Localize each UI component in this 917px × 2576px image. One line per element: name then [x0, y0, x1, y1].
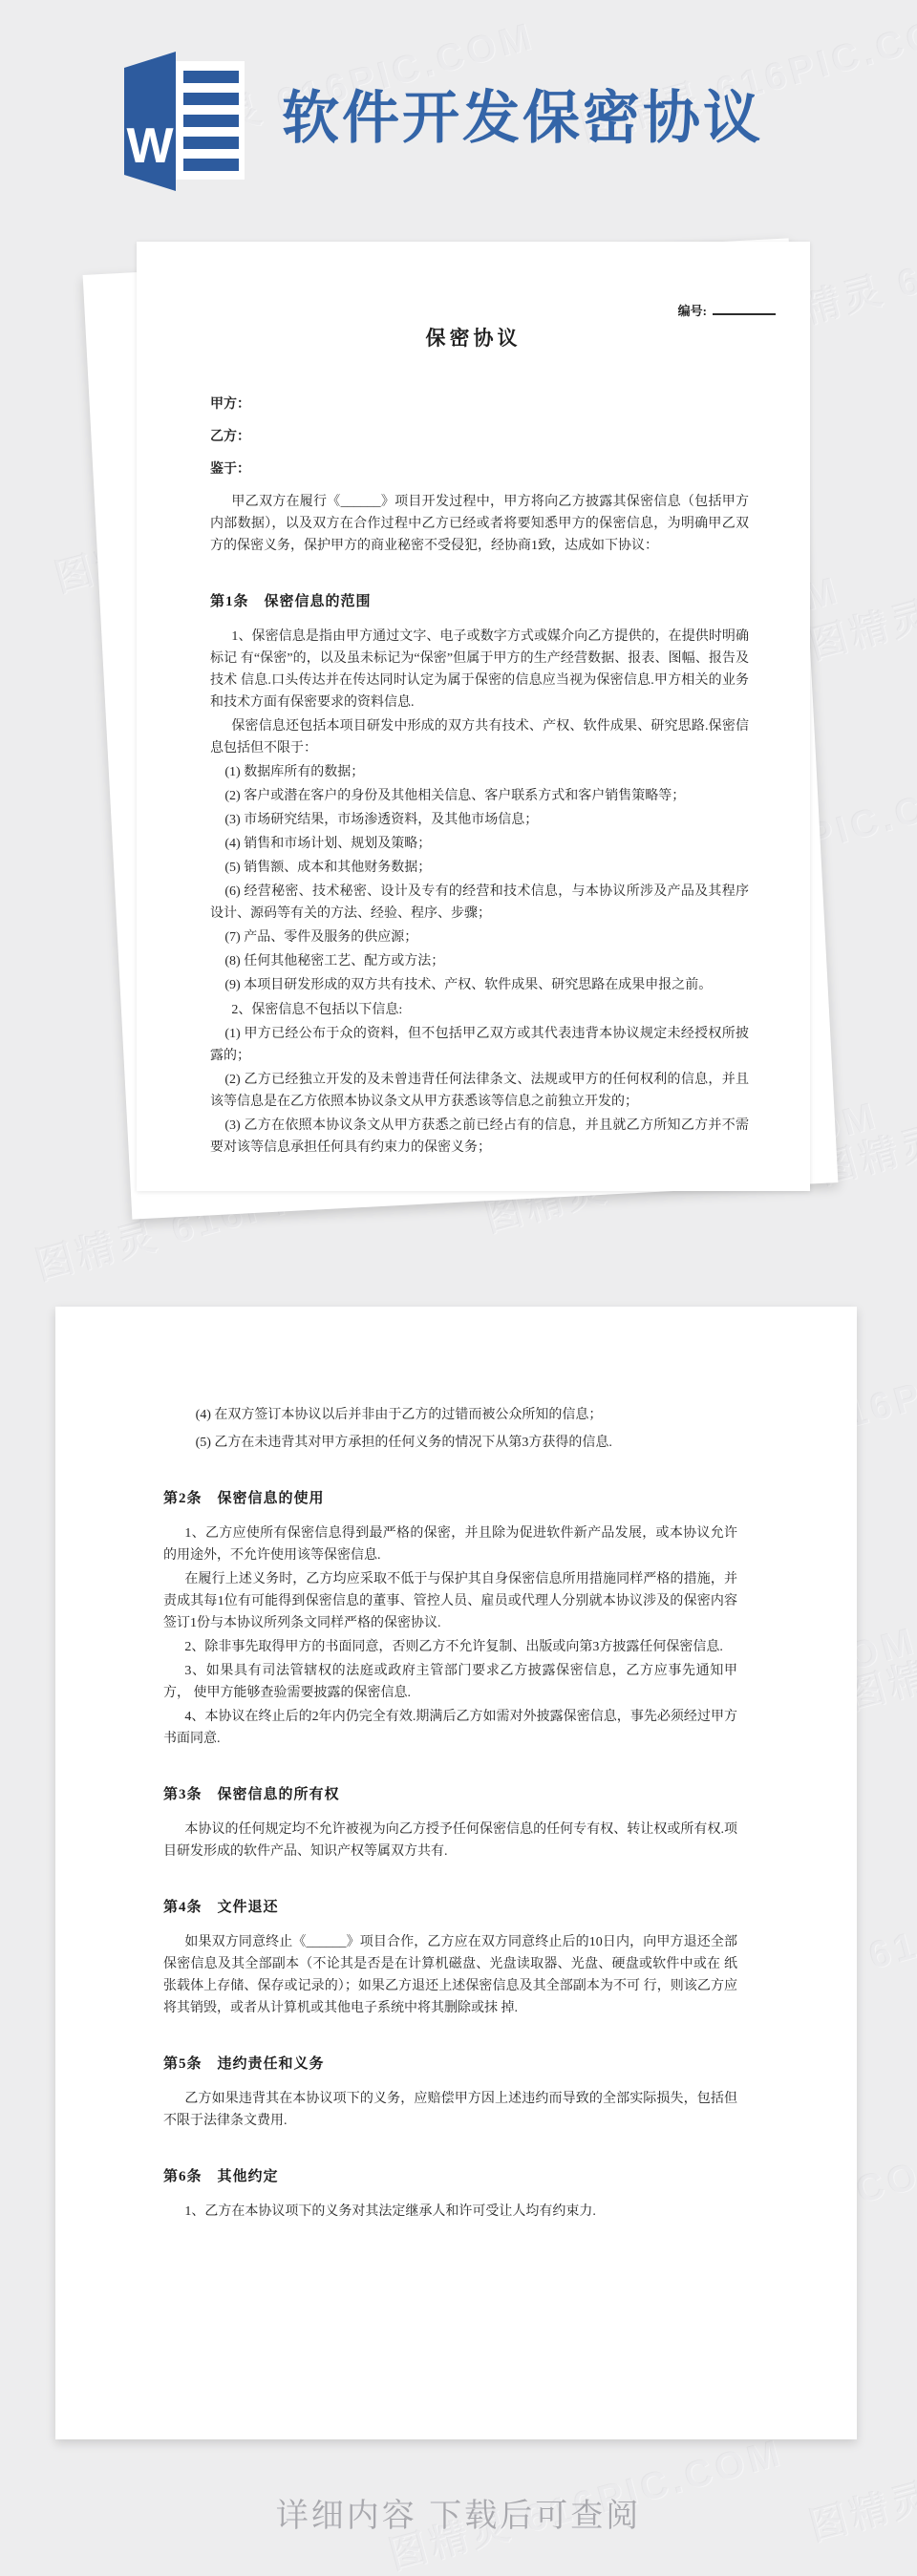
doc-paragraph: 1、乙方在本协议项下的义务对其法定继承人和许可受让人均有约束力. [163, 2201, 737, 2223]
doc-heading: 第3条 保密信息的所有权 [163, 1784, 737, 1806]
doc-title: 保密协议 [137, 323, 810, 351]
doc-paragraph: (4) 在双方签订本协议以后并非由于乙方的过错而被公众所知的信息； [163, 1404, 737, 1426]
doc-paragraph: (8) 任何其他秘密工艺、配方或方法； [210, 950, 749, 972]
doc-number-row: 编号: [137, 301, 776, 319]
doc-field: 甲方： [210, 394, 749, 415]
doc-paragraph: (3) 市场研究结果，市场渗透资料，及其他市场信息； [210, 809, 749, 831]
template-preview-page: { "header": { "title": "软件开发保密协议", "icon… [0, 0, 917, 2576]
doc-paragraph: 1、乙方应使所有保密信息得到最严格的保密，并且除为促进软件新产品发展，或本协议允… [163, 1522, 737, 1566]
doc-paragraph: 3、如果具有司法管辖权的法庭或政府主管部门要求乙方披露保密信息，乙方应事先通知甲… [163, 1660, 737, 1704]
doc-paragraph: (1) 甲方已经公布于众的资料，但不包括甲乙双方或其代表违背本协议规定未经授权所… [210, 1023, 749, 1067]
doc-field: 乙方： [210, 426, 749, 448]
doc-paragraph: (2) 客户或潜在客户的身份及其他相关信息、客户联系方式和客户销售策略等； [210, 785, 749, 807]
doc-paragraph: 在履行上述义务时，乙方均应采取不低于与保护其自身保密信息所用措施同样严格的措施，… [163, 1568, 737, 1634]
doc-heading: 第6条 其他约定 [163, 2166, 737, 2188]
doc-page2-body: (4) 在双方签订本协议以后并非由于乙方的过错而被公众所知的信息；(5) 乙方在… [55, 1307, 857, 2223]
doc-number-label: 编号: [678, 304, 707, 318]
doc-paragraph: (4) 销售和市场计划、规划及策略； [210, 833, 749, 855]
watermark-text: 图精灵 616PIC.COM [802, 512, 917, 670]
doc-paragraph: (9) 本项目研发形成的双方共有技术、产权、软件成果、研究思路在成果申报之前。 [210, 974, 749, 996]
doc-page1-body: 甲方：乙方：鉴于：甲乙双方在履行《______》项目开发过程中，甲方将向乙方披露… [210, 394, 749, 1159]
doc-paragraph: (6) 经营秘密、技术秘密、设计及专有的经营和技术信息，与本协议所涉及产品及其程… [210, 881, 749, 925]
doc-heading: 第1条 保密信息的范围 [210, 591, 749, 613]
doc-paragraph: (1) 数据库所有的数据； [210, 761, 749, 783]
doc-paragraph: 本协议的任何规定均不允许被视为向乙方授予任何保密信息的任何专有权、转让权或所有权… [163, 1819, 737, 1863]
doc-paragraph: (3) 乙方在依照本协议条文从甲方获悉之前已经占有的信息，并且就乙方所知乙方并不… [210, 1115, 749, 1159]
doc-paragraph: (7) 产品、零件及服务的供应源； [210, 926, 749, 948]
doc-paragraph: 保密信息还包括本项目研发中形成的双方共有技术、产权、软件成果、研究思路.保密信息… [210, 715, 749, 759]
doc-field: 鉴于： [210, 458, 749, 480]
footer-caption: 详细内容 下载后可查阅 [0, 2489, 917, 2536]
doc-paragraph: 乙方如果违背其在本协议项下的义务，应赔偿甲方因上述违约而导致的全部实际损失，包括… [163, 2088, 737, 2132]
doc-paragraph: (5) 乙方在未违背其对甲方承担的任何义务的情况下从第3方获得的信息. [163, 1432, 737, 1454]
doc-number-blank [713, 303, 776, 315]
doc-paragraph: (5) 销售额、成本和其他财务数据； [210, 857, 749, 879]
doc-paragraph: 如果双方同意终止《______》项目合作，乙方应在双方同意终止后的10日内，向甲… [163, 1931, 737, 2019]
doc-heading: 第5条 违约责任和义务 [163, 2054, 737, 2076]
document-page-1: 编号: 保密协议 甲方：乙方：鉴于：甲乙双方在履行《______》项目开发过程中… [137, 242, 810, 1191]
page-title: 软件开发保密协议 [282, 73, 836, 168]
header: W 软件开发保密协议 [0, 0, 917, 220]
doc-paragraph: 1、保密信息是指由甲方通过文字、电子或数字方式或媒介向乙方提供的，在提供时明确标… [210, 626, 749, 713]
doc-heading: 第2条 保密信息的使用 [163, 1488, 737, 1510]
doc-paragraph: 4、本协议在终止后的2年内仍完全有效.期满后乙方如需对外披露保密信息，事先必须经… [163, 1706, 737, 1750]
word-icon-letter: W [126, 118, 174, 174]
doc-paragraph: 2、保密信息不包括以下信息: [210, 999, 749, 1021]
document-page-2: (4) 在双方签订本协议以后并非由于乙方的过错而被公众所知的信息；(5) 乙方在… [55, 1307, 857, 2439]
doc-paragraph: 甲乙双方在履行《______》项目开发过程中，甲方将向乙方披露其保密信息（包括甲… [210, 491, 749, 557]
doc-paragraph: (2) 乙方已经独立开发的及未曾违背任何法律条文、法规或甲方的任何权利的信息，并… [210, 1069, 749, 1113]
doc-paragraph: 2、除非事先取得甲方的书面同意，否则乙方不允许复制、出版或向第3方披露任何保密信… [163, 1636, 737, 1658]
word-icon: W [124, 52, 246, 191]
doc-heading: 第4条 文件退还 [163, 1897, 737, 1919]
